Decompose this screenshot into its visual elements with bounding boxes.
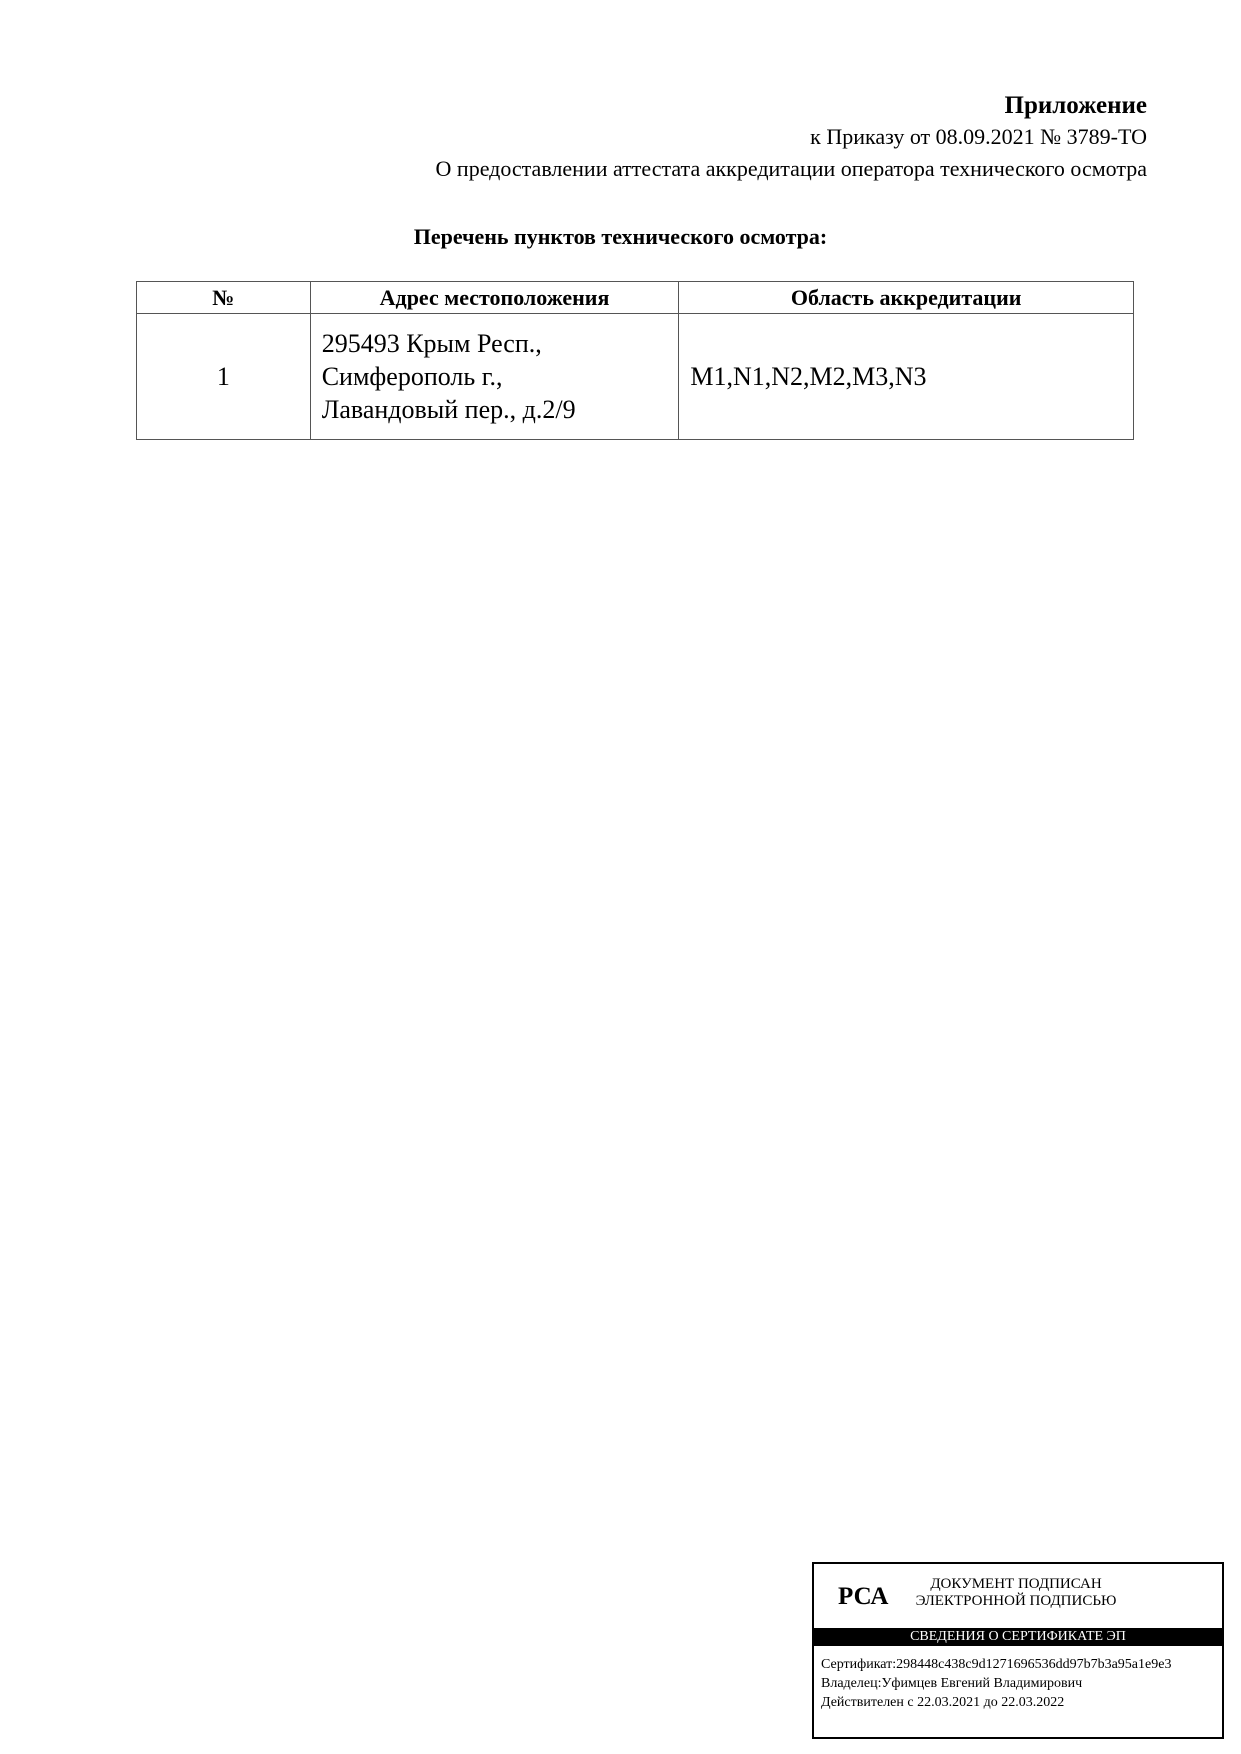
stamp-signed-line2: ЭЛЕКТРОННОЙ ПОДПИСЬЮ (896, 1593, 1136, 1610)
certificate-info-bar: СВЕДЕНИЯ О СЕРТИФИКАТЕ ЭП (814, 1628, 1222, 1646)
address-line: Лавандовый пер., д.2/9 (322, 393, 679, 426)
table-header-row: № Адрес местоположения Область аккредита… (137, 282, 1134, 314)
row-number: 1 (137, 314, 311, 440)
inspection-points-table: № Адрес местоположения Область аккредита… (136, 281, 1134, 440)
certificate-id: Сертификат:298448c438c9d1271696536dd97b7… (821, 1655, 1222, 1674)
address-line: 295493 Крым Респ., (322, 327, 679, 360)
certificate-owner: Владелец:Уфимцев Евгений Владимирович (821, 1674, 1222, 1693)
list-title: Перечень пунктов технического осмотра: (0, 224, 1241, 250)
row-accreditation-scope: M1,N1,N2,M2,M3,N3 (679, 314, 1134, 440)
appendix-title: Приложение (1005, 92, 1147, 120)
rsa-logo: РСА (838, 1583, 888, 1611)
certificate-details: Сертификат:298448c438c9d1271696536dd97b7… (814, 1646, 1222, 1712)
electronic-signature-stamp: РСА ДОКУМЕНТ ПОДПИСАН ЭЛЕКТРОННОЙ ПОДПИС… (812, 1562, 1224, 1739)
column-header-number: № (137, 282, 311, 314)
stamp-signed-label: ДОКУМЕНТ ПОДПИСАН ЭЛЕКТРОННОЙ ПОДПИСЬЮ (896, 1576, 1136, 1610)
column-header-address: Адрес местоположения (310, 282, 679, 314)
order-subject: О предоставлении аттестата аккредитации … (436, 156, 1147, 182)
stamp-header: РСА ДОКУМЕНТ ПОДПИСАН ЭЛЕКТРОННОЙ ПОДПИС… (814, 1564, 1222, 1628)
stamp-signed-line1: ДОКУМЕНТ ПОДПИСАН (896, 1576, 1136, 1593)
certificate-validity: Действителен с 22.03.2021 до 22.03.2022 (821, 1693, 1222, 1712)
column-header-scope: Область аккредитации (679, 282, 1134, 314)
table-row: 1 295493 Крым Респ., Симферополь г., Лав… (137, 314, 1134, 440)
address-line: Симферополь г., (322, 360, 679, 393)
row-address: 295493 Крым Респ., Симферополь г., Лаван… (310, 314, 679, 440)
order-reference: к Приказу от 08.09.2021 № 3789-ТО (810, 124, 1147, 150)
